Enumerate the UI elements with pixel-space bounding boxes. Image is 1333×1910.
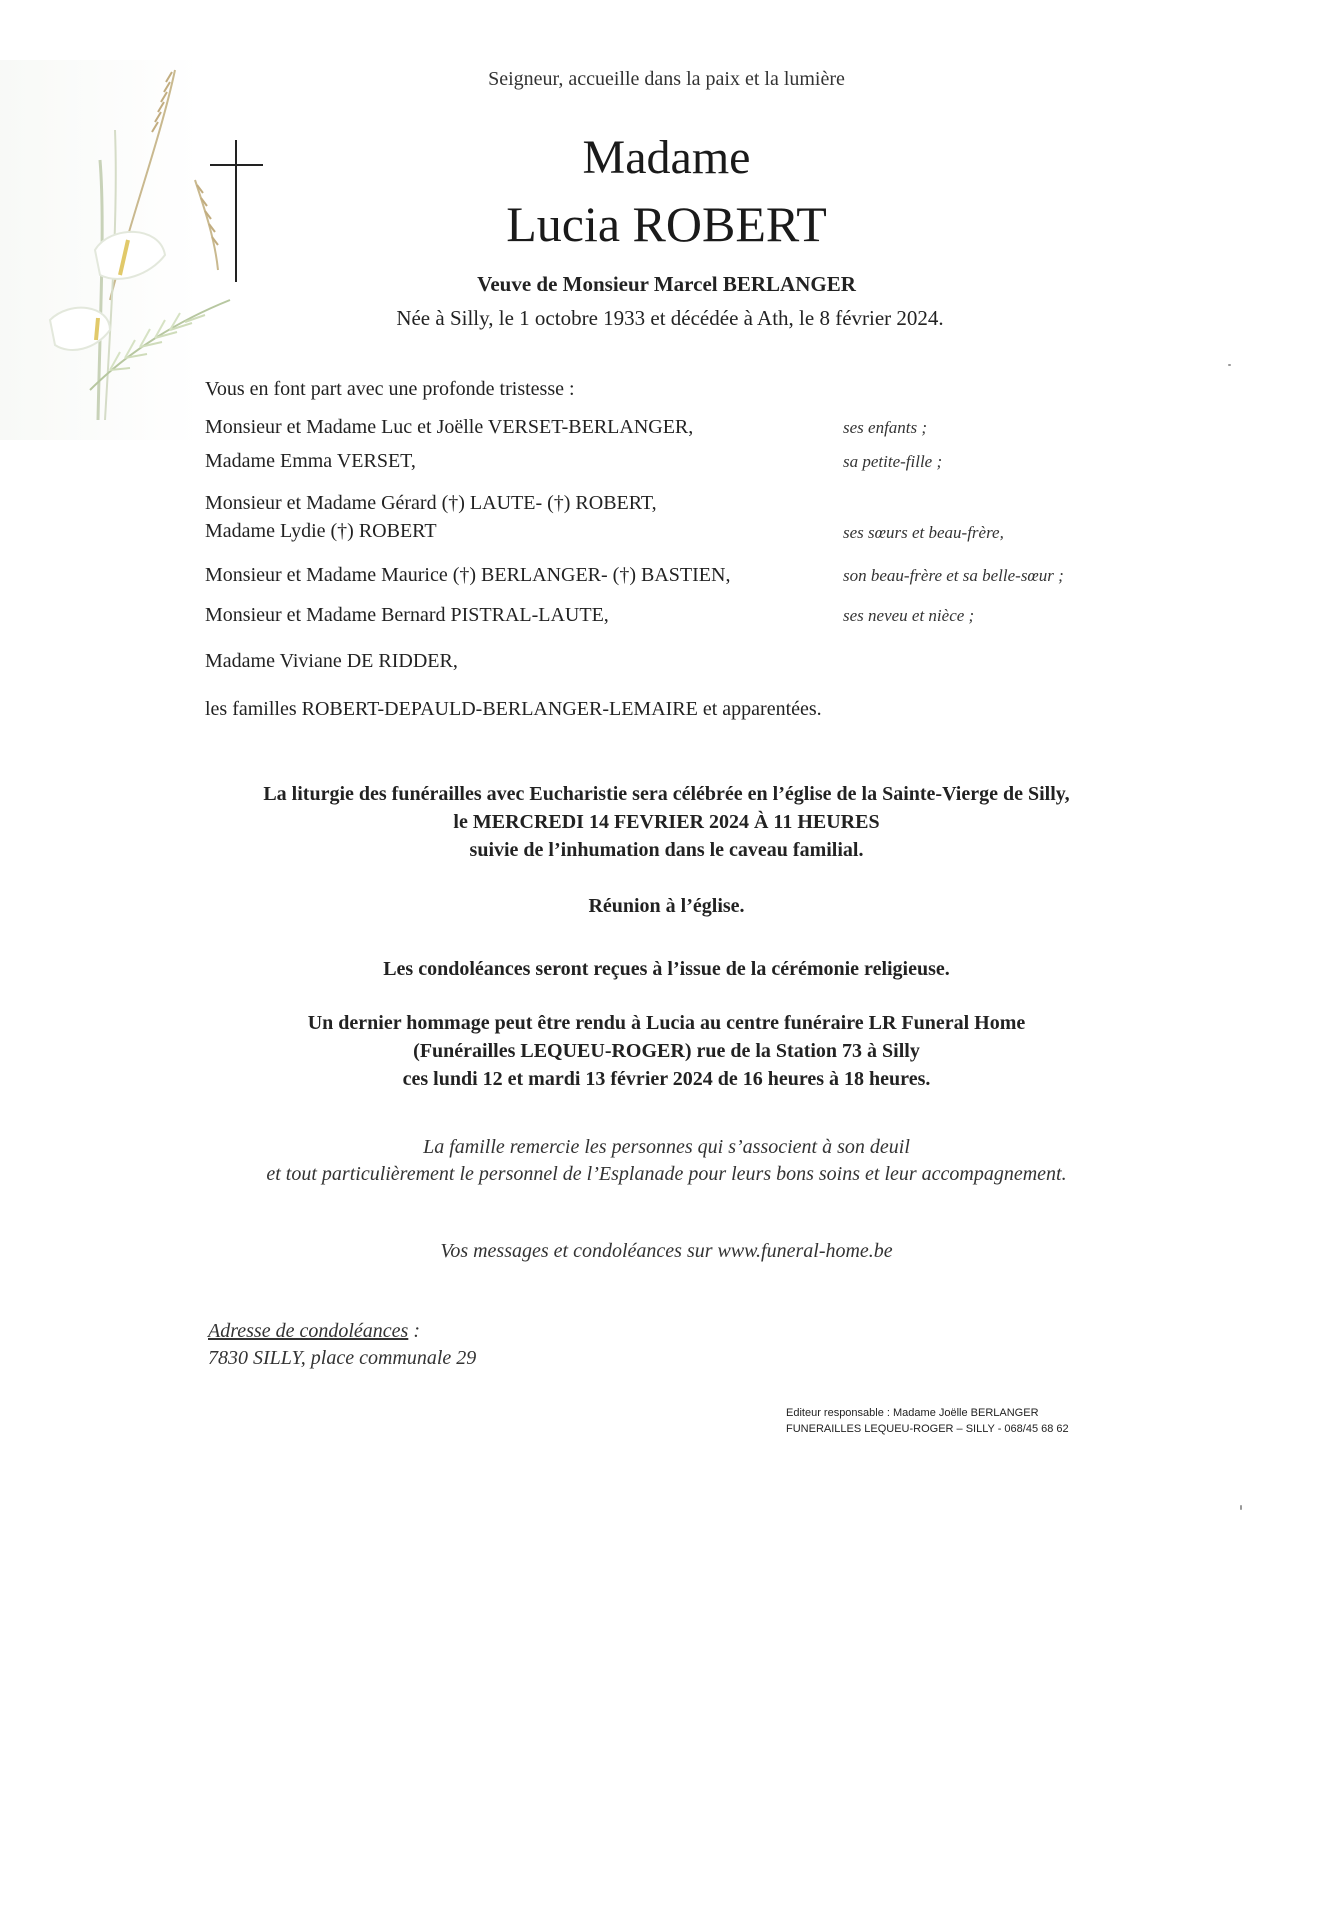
company-line: FUNERAILLES LEQUEU-ROGER – SILLY - 068/4… [786,1421,1069,1437]
liturgy-line: La liturgie des funérailles avec Euchari… [0,780,1333,808]
family-member: Madame Emma VERSET, [205,450,416,473]
condolences-line: Les condoléances seront reçues à l’issue… [0,955,1333,983]
liturgy-datetime: le MERCREDI 14 FEVRIER 2024 À 11 HEURES [0,808,1333,836]
condolence-address: Adresse de condoléances : 7830 SILLY, pl… [208,1318,476,1372]
family-relation: sa petite-fille ; [843,452,942,472]
family-relation: ses sœurs et beau-frère, [843,523,1004,543]
birth-death-line: Née à Silly, le 1 octobre 1933 et décédé… [340,306,1000,331]
tribute-dates: ces lundi 12 et mardi 13 février 2024 de… [0,1065,1333,1093]
scan-speck [1240,1505,1242,1510]
family-member: Madame Viviane DE RIDDER, [205,650,458,673]
prayer-line: Seigneur, accueille dans la paix et la l… [0,68,1333,91]
family-member: Monsieur et Madame Gérard (†) LAUTE- (†)… [205,492,657,515]
family-member: Monsieur et Madame Bernard PISTRAL-LAUTE… [205,604,609,627]
meeting-line: Réunion à l’église. [0,892,1333,920]
address-value: 7830 SILLY, place communale 29 [208,1345,476,1372]
honorific-title: Madame [0,130,1333,185]
online-condolences-link[interactable]: Vos messages et condoléances sur www.fun… [0,1238,1333,1265]
tribute-line: Un dernier hommage peut être rendu à Luc… [0,1009,1333,1037]
liturgy-block: La liturgie des funérailles avec Euchari… [0,780,1333,864]
family-relation: son beau-frère et sa belle-sœur ; [843,566,1064,586]
address-label: Adresse de condoléances [208,1320,408,1342]
deceased-name: Lucia ROBERT [0,195,1333,253]
liturgy-line: suivie de l’inhumation dans le caveau fa… [0,836,1333,864]
announcement-intro: Vous en font part avec une profonde tris… [205,378,575,401]
thanks-block: La famille remercie les personnes qui s’… [0,1134,1333,1188]
tribute-address: (Funérailles LEQUEU-ROGER) rue de la Sta… [0,1037,1333,1065]
editor-line: Editeur responsable : Madame Joëlle BERL… [786,1405,1069,1421]
family-member: Madame Lydie (†) ROBERT [205,520,437,543]
family-relation: ses neveu et nièce ; [843,606,974,626]
family-member: les familles ROBERT-DEPAULD-BERLANGER-LE… [205,698,822,721]
publisher-info: Editeur responsable : Madame Joëlle BERL… [786,1405,1069,1437]
thanks-line: et tout particulièrement le personnel de… [0,1161,1333,1188]
family-member: Monsieur et Madame Luc et Joëlle VERSET-… [205,416,693,439]
family-relation: ses enfants ; [843,418,927,438]
widow-of-line: Veuve de Monsieur Marcel BERLANGER [0,272,1333,297]
family-member: Monsieur et Madame Maurice (†) BERLANGER… [205,564,730,587]
tribute-block: Un dernier hommage peut être rendu à Luc… [0,1009,1333,1093]
scan-speck [1228,364,1231,366]
thanks-line: La famille remercie les personnes qui s’… [0,1134,1333,1161]
